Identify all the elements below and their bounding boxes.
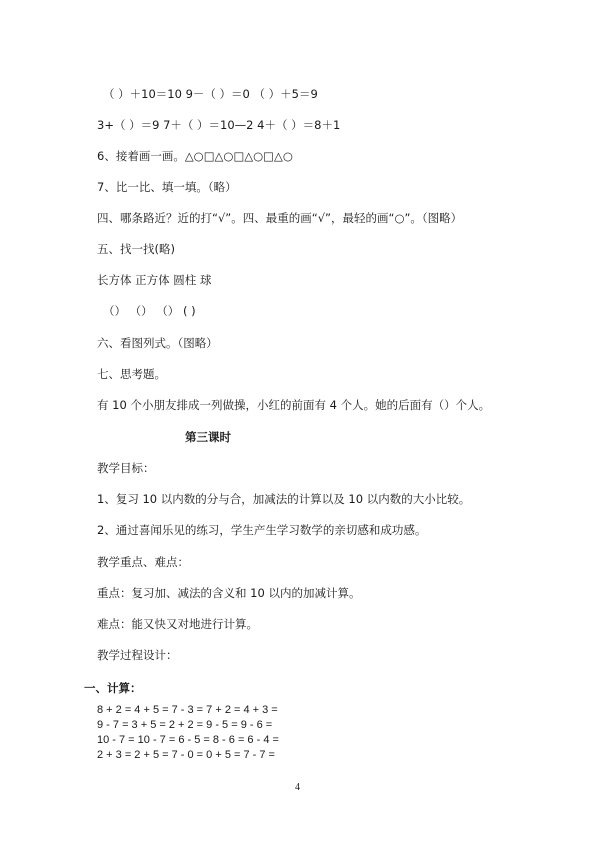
shape-blanks: （） （） （） ( ) <box>103 304 196 318</box>
goal-1: 1、复习 10 以内数的分与合，加减法的计算以及 10 以内数的大小比较。 <box>97 492 470 506</box>
goal-2: 2、通过喜闻乐见的练习，学生产生学习数学的亲切感和成功感。 <box>97 523 426 537</box>
key-points-heading: 教学重点、难点： <box>97 555 189 569</box>
calculation-row: 8 + 2 = 4 + 5 = 7 - 3 = 7 + 2 = 4 + 3 = <box>97 703 279 718</box>
question-6: 6、接着画一画。△○□△○□△○□△○ <box>97 149 293 163</box>
thinking-question: 有 10 个小朋友排成一列做操，小红的前面有 4 个人。她的后面有（）个人。 <box>97 398 490 412</box>
calculation-row: 10 - 7 = 10 - 7 = 6 - 5 = 8 - 6 = 6 - 4 … <box>97 733 279 748</box>
goals-heading: 教学目标： <box>97 461 155 475</box>
fill-blank-row-2: 3+（ ）＝9 7＋（ ）＝10—2 4＋（ ）＝8＋1 <box>97 118 340 132</box>
page-number: 4 <box>0 782 595 793</box>
shape-names: 长方体 正方体 圆柱 球 <box>97 273 211 287</box>
calculation-heading: 一、计算： <box>84 681 142 695</box>
process-heading: 教学过程设计： <box>97 648 178 662</box>
difficulty: 难点：能又快又对地进行计算。 <box>97 617 258 631</box>
section-five: 五、找一找(略) <box>97 242 175 256</box>
question-7: 7、比一比、填一填。（略） <box>97 180 237 194</box>
section-six: 六、看图列式。（图略） <box>97 336 218 350</box>
fill-blank-row-1: （ ）＋10＝10 9－（ ）＝0 （ ）＋5＝9 <box>103 87 318 101</box>
key-point: 重点：复习加、减法的含义和 10 以内的加减计算。 <box>97 586 360 600</box>
section-seven: 七、思考题。 <box>97 367 166 381</box>
section-four: 四、哪条路近？近的打“√”。四、最重的画“√”，最轻的画“○”。（图略） <box>97 211 462 225</box>
calculation-row: 9 - 7 = 3 + 5 = 2 + 2 = 9 - 5 = 9 - 6 = <box>97 718 279 733</box>
lesson-title: 第三课时 <box>185 430 231 444</box>
calculation-list: 8 + 2 = 4 + 5 = 7 - 3 = 7 + 2 = 4 + 3 = … <box>97 703 279 763</box>
calculation-row: 2 + 3 = 2 + 5 = 7 - 0 = 0 + 5 = 7 - 7 = <box>97 748 279 763</box>
